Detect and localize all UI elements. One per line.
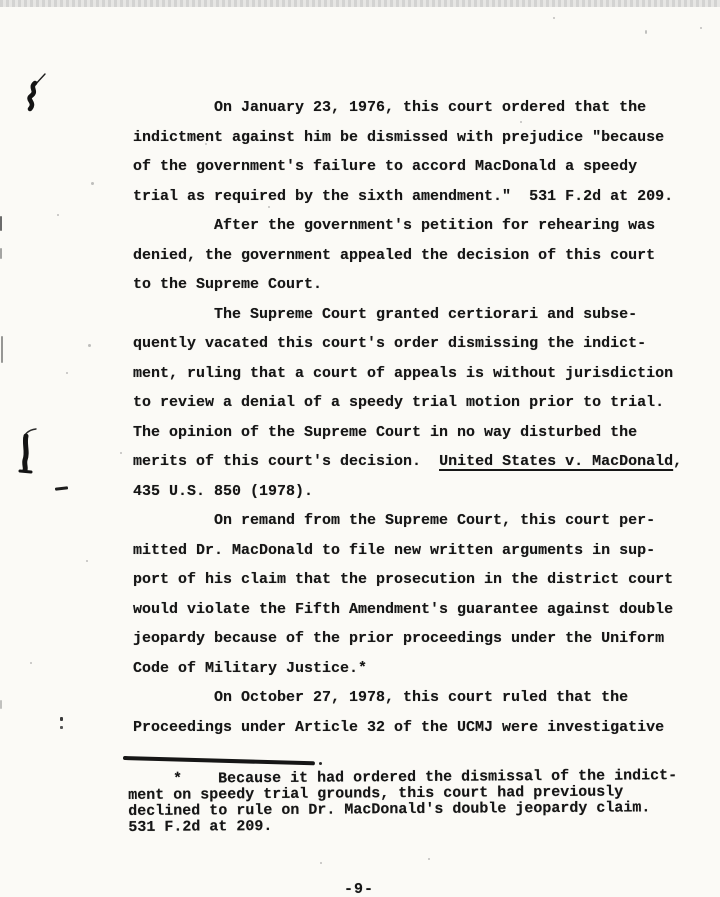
body-line: quently vacated this court's order dismi… bbox=[133, 329, 682, 359]
dust-speck bbox=[428, 858, 430, 860]
footnote-line: 531 F.2d at 209. bbox=[128, 816, 677, 836]
dust-speck bbox=[88, 344, 91, 347]
dust-speck bbox=[320, 862, 322, 864]
scan-edge-artifact bbox=[0, 216, 2, 231]
dust-speck bbox=[91, 182, 94, 185]
footnote-block: * Because it had ordered the dismissal o… bbox=[128, 768, 678, 836]
body-line: On remand from the Supreme Court, this c… bbox=[133, 506, 682, 536]
handwritten-margin-mark-middle bbox=[14, 426, 42, 478]
dust-speck bbox=[86, 560, 88, 562]
body-line: jeopardy because of the prior proceeding… bbox=[133, 624, 682, 654]
body-line: would violate the Fifth Amendment's guar… bbox=[133, 595, 682, 625]
scan-edge-artifact bbox=[0, 700, 2, 709]
dust-speck bbox=[66, 372, 68, 374]
body-line: Code of Military Justice.* bbox=[133, 654, 682, 684]
dust-speck bbox=[553, 17, 555, 19]
body-line: of the government's failure to accord Ma… bbox=[133, 152, 682, 182]
body-line: trial as required by the sixth amendment… bbox=[133, 182, 682, 212]
margin-colon-mark bbox=[60, 717, 64, 731]
body-line: indictment against him be dismissed with… bbox=[133, 123, 682, 153]
citation-post-text: , bbox=[673, 453, 682, 470]
body-line: to review a denial of a speedy trial mot… bbox=[133, 388, 682, 418]
body-paragraph-lines-a: On January 23, 1976, this court ordered … bbox=[133, 93, 682, 447]
body-line: denied, the government appealed the deci… bbox=[133, 241, 682, 271]
scan-edge-strip bbox=[0, 0, 720, 7]
body-line: port of his claim that the prosecution i… bbox=[133, 565, 682, 595]
document-body: On January 23, 1976, this court ordered … bbox=[133, 93, 682, 742]
scan-edge-artifact bbox=[0, 248, 2, 259]
scan-edge-artifact bbox=[1, 336, 3, 363]
body-line: ment, ruling that a court of appeals is … bbox=[133, 359, 682, 389]
body-line-citation: merits of this court's decision. United … bbox=[133, 447, 682, 477]
body-line: After the government's petition for rehe… bbox=[133, 211, 682, 241]
body-line: Proceedings under Article 32 of the UCMJ… bbox=[133, 713, 682, 743]
dust-speck bbox=[700, 27, 702, 29]
dust-speck bbox=[120, 452, 122, 454]
body-line: On October 27, 1978, this court ruled th… bbox=[133, 683, 682, 713]
body-line: 435 U.S. 850 (1978). bbox=[133, 477, 682, 507]
body-line: mitted Dr. MacDonald to file new written… bbox=[133, 536, 682, 566]
scanned-court-document-page: On January 23, 1976, this court ordered … bbox=[0, 0, 720, 897]
handwritten-margin-mark-top bbox=[22, 70, 48, 116]
body-line: On January 23, 1976, this court ordered … bbox=[133, 93, 682, 123]
separator-end-dot bbox=[319, 762, 322, 765]
handwritten-dash-mark bbox=[55, 486, 68, 490]
body-line: The Supreme Court granted certiorari and… bbox=[133, 300, 682, 330]
dust-speck bbox=[30, 662, 32, 664]
case-citation-underlined: United States v. MacDonald bbox=[439, 453, 673, 470]
footnote-separator-line bbox=[123, 756, 315, 765]
citation-pre-text: merits of this court's decision. bbox=[133, 453, 439, 470]
dust-speck bbox=[645, 30, 647, 34]
body-line: to the Supreme Court. bbox=[133, 270, 682, 300]
body-line: The opinion of the Supreme Court in no w… bbox=[133, 418, 682, 448]
page-number: -9- bbox=[344, 881, 374, 897]
dust-speck bbox=[57, 214, 59, 216]
body-paragraph-lines-b: 435 U.S. 850 (1978). On remand from the … bbox=[133, 477, 682, 743]
